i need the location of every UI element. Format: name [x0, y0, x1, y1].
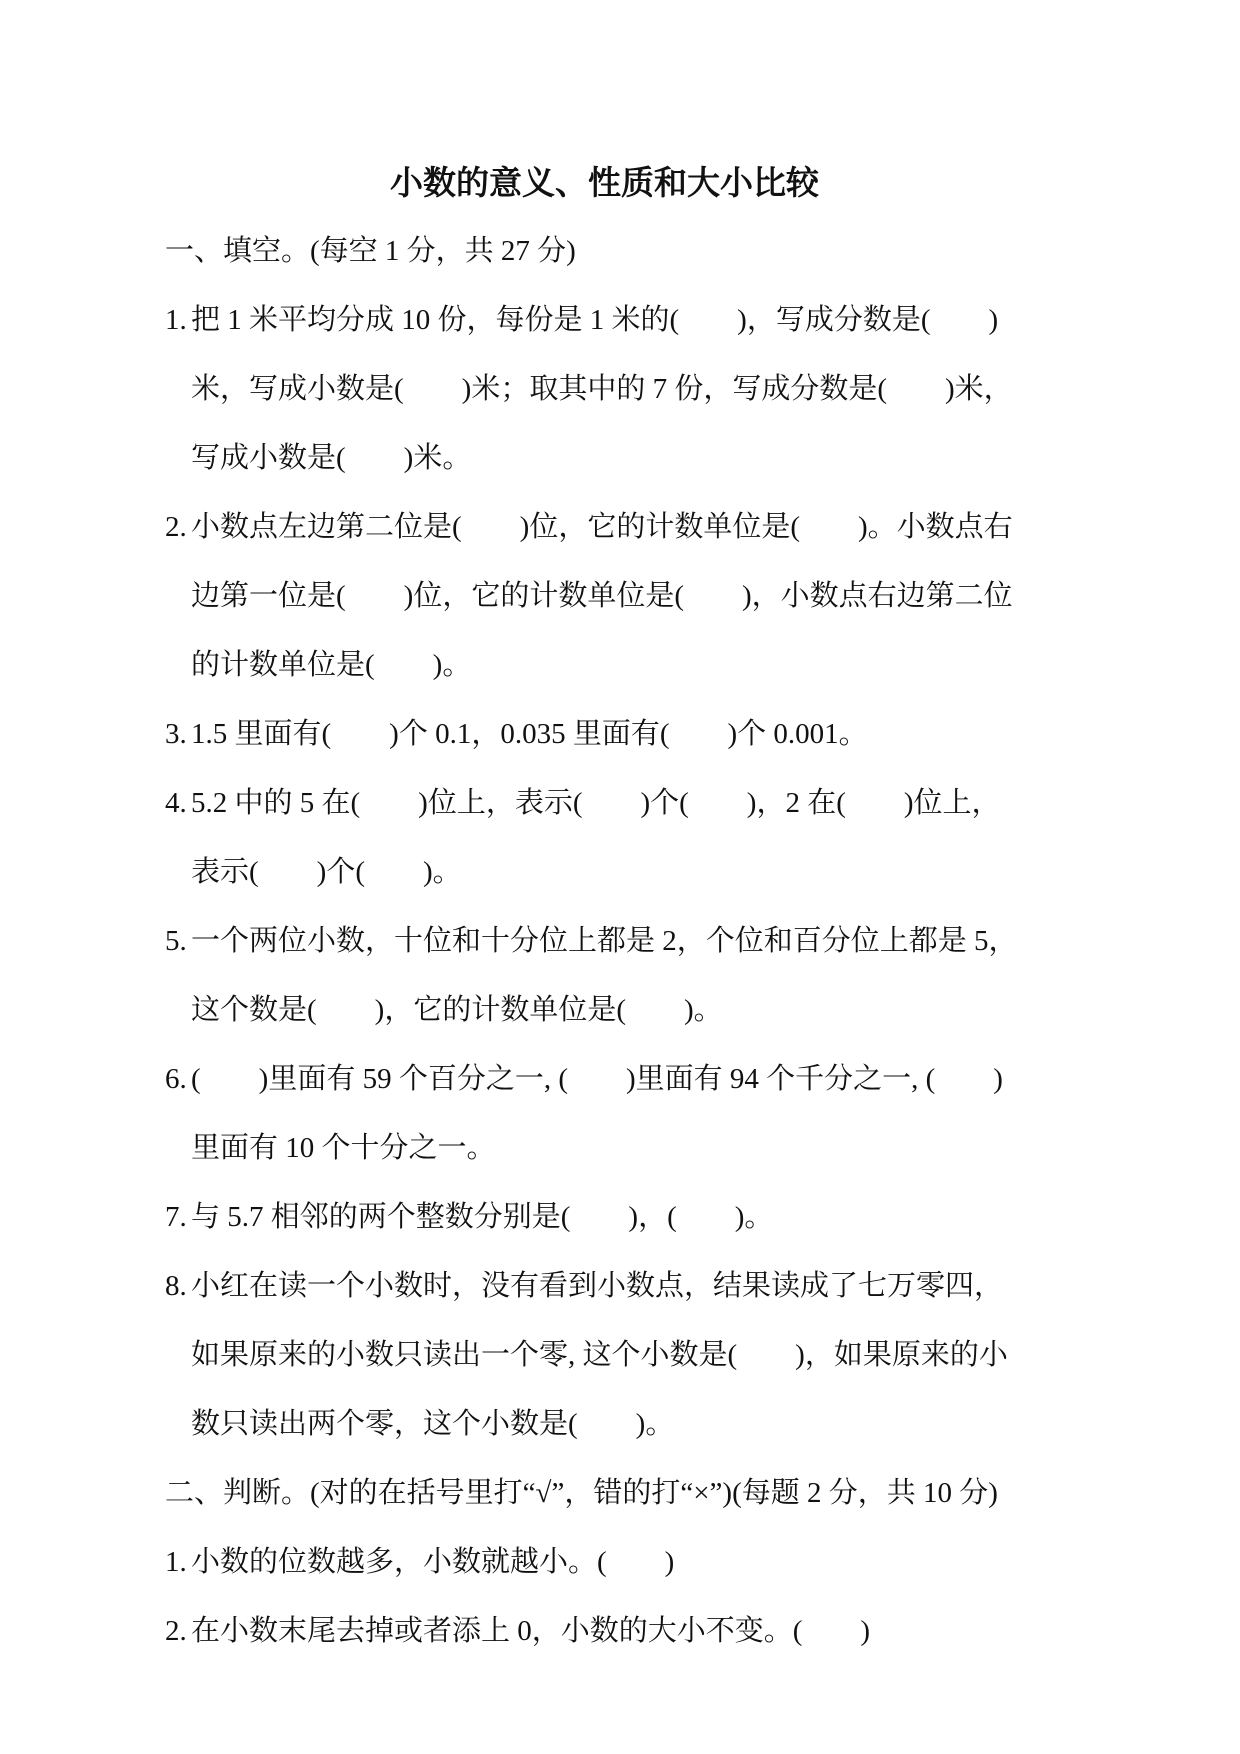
question-number: 8.: [165, 1252, 191, 1321]
question-number: 1.: [165, 286, 191, 355]
question-line: 5.一个两位小数，十位和十分位上都是 2，个位和百分位上都是 5，: [165, 907, 1068, 976]
question-line: 2.在小数末尾去掉或者添上 0，小数的大小不变。( ): [165, 1597, 1068, 1666]
question-number: 7.: [165, 1183, 191, 1252]
question-line: 1.把 1 米平均分成 10 份，每份是 1 米的( )，写成分数是( ): [165, 286, 1068, 355]
question-number: 4.: [165, 769, 191, 838]
question-text: ( )里面有 59 个百分之一, ( )里面有 94 个千分之一, ( ): [191, 1063, 1003, 1095]
question-number: 2.: [165, 1597, 191, 1666]
question-line: 数只读出两个零，这个小数是( )。: [165, 1390, 1068, 1459]
question-text: 与 5.7 相邻的两个整数分别是( )，( )。: [191, 1201, 773, 1233]
question-line: 4.5.2 中的 5 在( )位上，表示( )个( )，2 在( )位上，: [165, 769, 1068, 838]
question-text: 5.2 中的 5 在( )位上，表示( )个( )，2 在( )位上，: [191, 787, 1001, 819]
question-line: 米，写成小数是( )米；取其中的 7 份，写成分数是( )米，: [165, 355, 1068, 424]
question-text: 一个两位小数，十位和十分位上都是 2，个位和百分位上都是 5，: [191, 925, 1018, 957]
question-line: 1.小数的位数越多，小数就越小。( ): [165, 1528, 1068, 1597]
question-line: 3.1.5 里面有( )个 0.1，0.035 里面有( )个 0.001。: [165, 700, 1068, 769]
question-number: 3.: [165, 700, 191, 769]
question-text: 1.5 里面有( )个 0.1，0.035 里面有( )个 0.001。: [191, 718, 868, 750]
worksheet-title: 小数的意义、性质和大小比较: [153, 148, 1056, 217]
question-number: 2.: [165, 493, 191, 562]
worksheet-page: 小数的意义、性质和大小比较 一、填空。(每空 1 分，共 27 分) 1.把 1…: [0, 0, 1068, 1666]
section-1-heading: 一、填空。(每空 1 分，共 27 分): [165, 217, 1068, 286]
question-line: 边第一位是( )位，它的计数单位是( )，小数点右边第二位: [165, 562, 1068, 631]
question-line: 7.与 5.7 相邻的两个整数分别是( )，( )。: [165, 1183, 1068, 1252]
question-text: 在小数末尾去掉或者添上 0，小数的大小不变。( ): [191, 1615, 870, 1647]
question-line: 6.( )里面有 59 个百分之一, ( )里面有 94 个千分之一, ( ): [165, 1045, 1068, 1114]
question-line: 写成小数是( )米。: [165, 424, 1068, 493]
question-text: 把 1 米平均分成 10 份，每份是 1 米的( )，写成分数是( ): [191, 304, 998, 336]
question-line: 的计数单位是( )。: [165, 631, 1068, 700]
question-text: 小数点左边第二位是( )位，它的计数单位是( )。小数点右: [191, 511, 1013, 543]
section-2-heading: 二、判断。(对的在括号里打“√”，错的打“×”)(每题 2 分，共 10 分): [165, 1459, 1068, 1528]
question-line: 8.小红在读一个小数时，没有看到小数点，结果读成了七万零四，: [165, 1252, 1068, 1321]
question-number: 1.: [165, 1528, 191, 1597]
question-line: 2.小数点左边第二位是( )位，它的计数单位是( )。小数点右: [165, 493, 1068, 562]
question-line: 这个数是( )，它的计数单位是( )。: [165, 976, 1068, 1045]
question-line: 如果原来的小数只读出一个零, 这个小数是( )，如果原来的小: [165, 1321, 1068, 1390]
question-line: 表示( )个( )。: [165, 838, 1068, 907]
question-number: 6.: [165, 1045, 191, 1114]
question-text: 小红在读一个小数时，没有看到小数点，结果读成了七万零四，: [191, 1270, 1003, 1302]
question-line: 里面有 10 个十分之一。: [165, 1114, 1068, 1183]
question-number: 5.: [165, 907, 191, 976]
question-text: 小数的位数越多，小数就越小。( ): [191, 1546, 674, 1578]
